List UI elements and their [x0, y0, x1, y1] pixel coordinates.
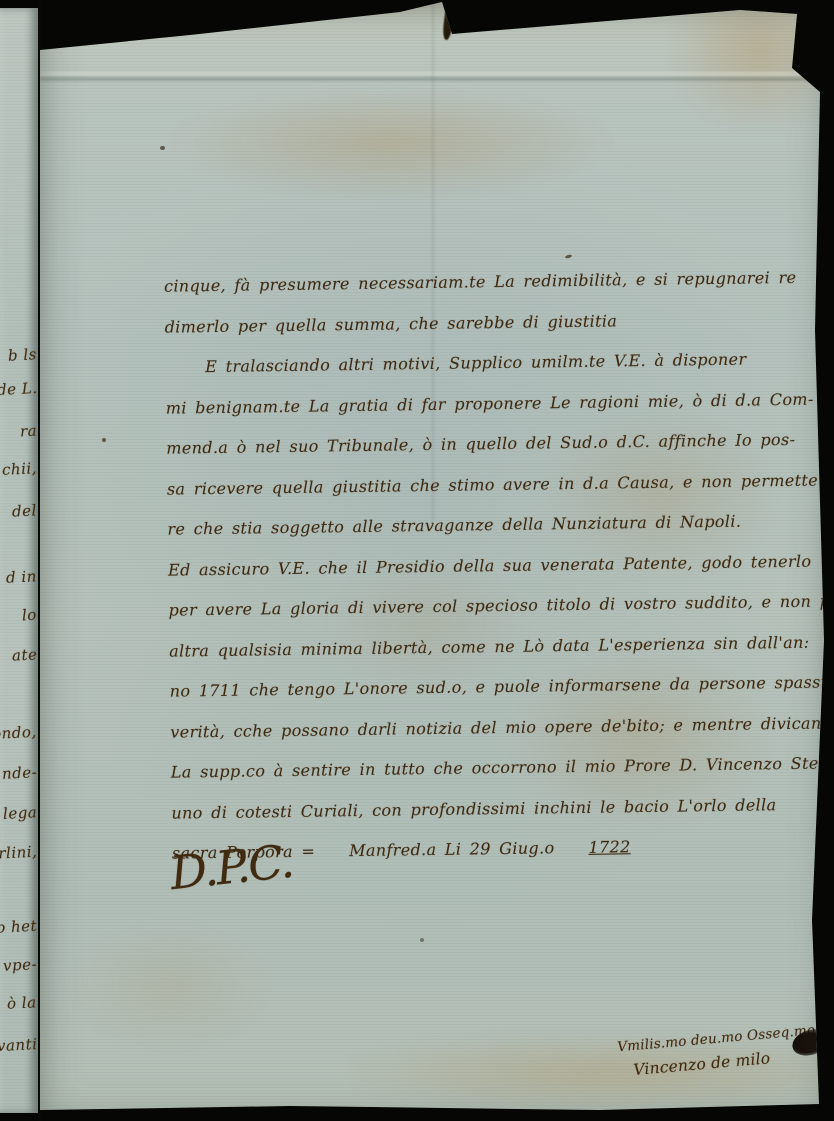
fragment-text: ò la	[7, 993, 37, 1013]
speck	[160, 146, 165, 150]
manuscript-scan: { "meta": { "description": "Scanned page…	[0, 0, 834, 1121]
fragment-text: ate	[11, 645, 37, 664]
stain	[670, 8, 820, 128]
date-year: 1722	[588, 827, 631, 868]
fragment-text: lega	[2, 803, 37, 823]
facing-page-edge: b ls de L. ra chii, del d in lo ate fond…	[0, 8, 38, 1113]
fragment-text: de L.	[0, 379, 37, 399]
fold-crease	[40, 72, 830, 81]
date-place: Manfred.a Li 29 Giug.o	[349, 828, 555, 871]
fragment-text: vanti	[0, 1035, 37, 1055]
fragment-text: vpe-	[3, 955, 38, 975]
letter-body: cinque, fà presumere necessariam.te La r…	[164, 257, 834, 874]
speck	[102, 438, 106, 442]
signature-flourish: D.P.C.	[168, 834, 295, 900]
fragment-text: carlini,	[0, 843, 37, 864]
fragment-text: lo	[22, 606, 38, 625]
fragment-text: no het	[0, 917, 37, 938]
fragment-text: fondo,	[0, 723, 37, 744]
ink-mark	[442, 2, 456, 41]
fragment-text: del	[12, 501, 38, 520]
fragment-text: d in	[6, 567, 38, 587]
speck	[565, 254, 573, 259]
fragment-text: chii,	[2, 459, 38, 479]
fragment-text: nde-	[1, 763, 37, 783]
fragment-text: b ls	[8, 345, 38, 364]
stain	[170, 88, 610, 198]
stain	[70, 920, 270, 1050]
fragment-text: ra	[19, 422, 37, 441]
letter-page: cinque, fà presumere necessariam.te La r…	[40, 0, 830, 1121]
speck	[420, 938, 424, 942]
